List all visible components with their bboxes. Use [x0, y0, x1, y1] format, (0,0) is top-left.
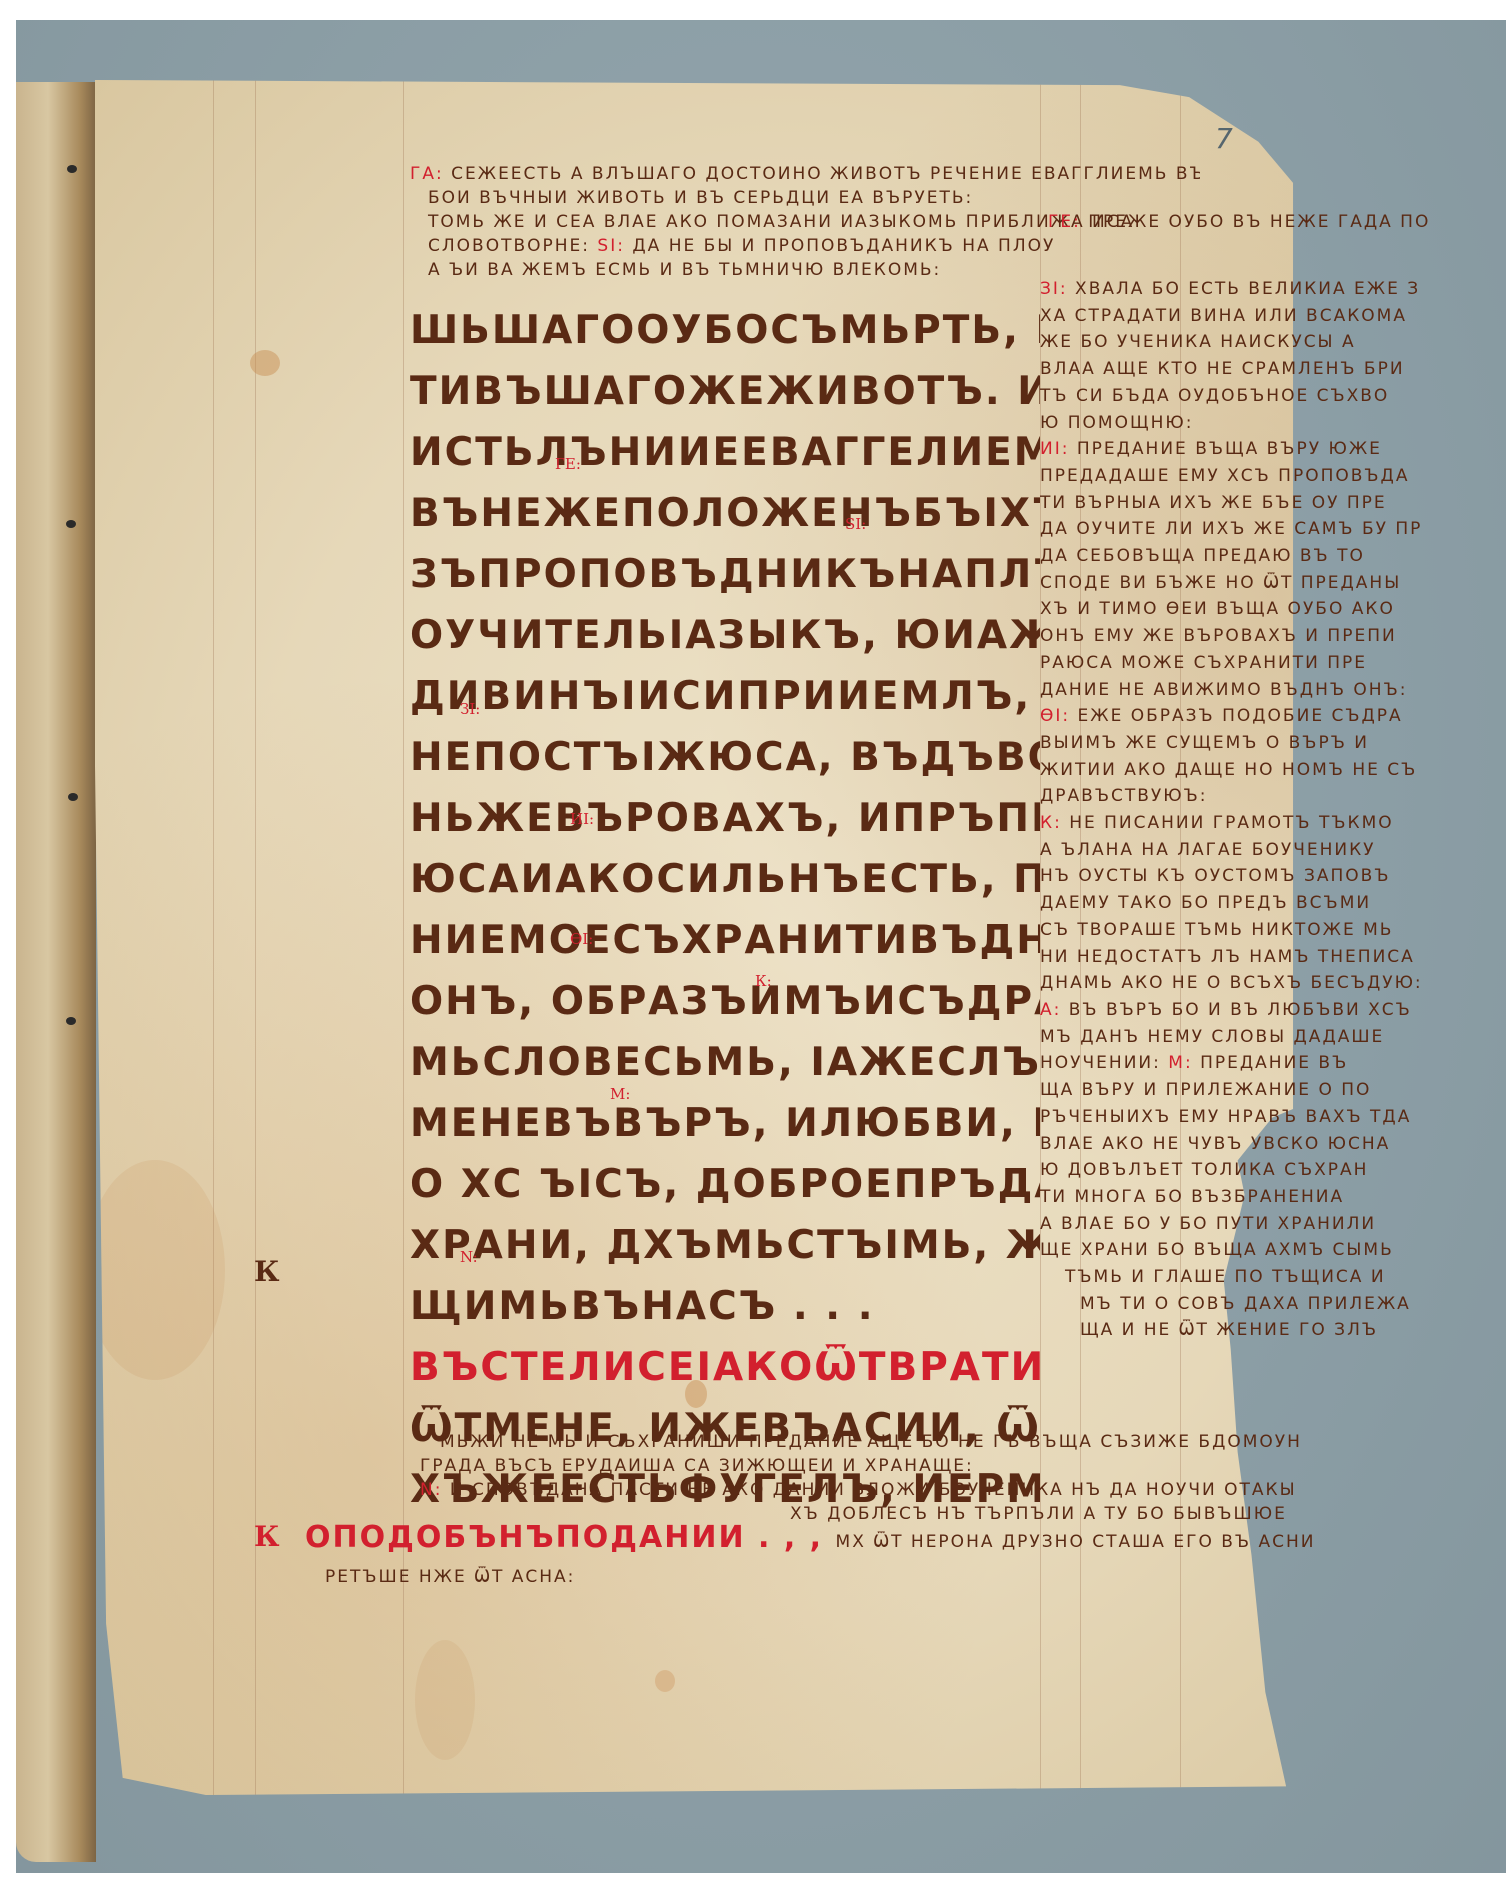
footer-line: ГРАДА ВЪСЪ ЕРУДАИША СА ЗИЖЮЩЕИ И ХРАНАЩЕ… [420, 1454, 1380, 1478]
rubric-mark: ГА: [410, 164, 444, 184]
commentary-line: ЖЕ БО УЧЕНИКА НАИСКУСЫ А [1040, 329, 1420, 356]
rubric-number: N: [460, 1248, 478, 1266]
header-line: ПРЕЖЕ ОУБО ВЪ НЕЖЕ ГАДА ПО [1088, 212, 1430, 232]
last-line: РЕТЪШЕ НЖЕ ѾТ АСНА: [325, 1565, 575, 1589]
commentary-line: ЩА И НЕ ѾТ ЖЕНИЕ ГО ЗЛЪ [1040, 1317, 1420, 1344]
rubric-mark: N: [420, 1480, 442, 1500]
commentary-line: СЪ ТВОРАШЕ ТЪМЬ НИКТОЖЕ МЬ [1040, 917, 1420, 944]
footer-line: МЬЖИ НЕ МЬ И СЪХРАНИШИ ПРЕДАНИЕ АЩЕ БО Н… [420, 1430, 1380, 1454]
commentary-line: ДРАВЪСТВУЮЪ: [1040, 783, 1420, 810]
commentary-line: РЪЧЕНЫИХЪ ЕМУ НРАВЪ ВАХЪ ТДА [1040, 1104, 1420, 1131]
rubric-mark: К: [1040, 813, 1062, 833]
header-right-fragment: ГЕ: ПРЕЖЕ ОУБО ВЪ НЕЖЕ ГАДА ПО [1048, 210, 1408, 234]
commentary-line: ВЫИМЪ ЖЕ СУЩЕМЪ О ВЪРЪ И [1040, 730, 1420, 757]
commentary-line: ХА СТРАДАТИ ВИНА ИЛИ ВСАКОМА [1040, 303, 1420, 330]
commentary-line: ЕЖЕ ОБРАЗЪ ПОДОБИЕ СЪДРА [1078, 706, 1403, 726]
header-line: ДА НЕ БЫ И ПРОПОВЪДАНИКЪ НА ПЛОУ [632, 236, 1055, 256]
header-line: СЛОВОТВОРНЕ: [428, 236, 590, 256]
header-line: ТОМЬ ЖЕ И СЕА ВЛАЕ АКО ПОМАЗАНИ ИАЗЫКОМЬ… [428, 212, 1134, 232]
margin-mark: К [254, 1520, 279, 1553]
main-line: МЬСЛОВЕСЬМЬ, ІАЖЕСЛЪІША ѾТ [410, 1032, 1040, 1093]
main-text-column: ШЬШАГООУБОСЪМЬРТЬ, ПРОСВЪ ТИВЪШАГОЖЕЖИВО… [410, 300, 1040, 1520]
rubric-mark: ГЕ: [1048, 212, 1081, 232]
rubric-mark: ЗI: [1040, 279, 1068, 299]
rubric-number: ЗI: [460, 700, 480, 718]
stain [250, 350, 280, 376]
commentary-line: ЖИТИИ АКО ДАЩЕ НО НОМЪ НЕ СЪ [1040, 757, 1420, 784]
commentary-line: ВЪ ВЪРЪ БО И ВЪ ЛЮБЪВИ ХСЪ [1069, 1000, 1412, 1020]
commentary-line: ХВАЛА БО ЕСТЬ ВЕЛИКИА ЕЖЕ ЗА [1075, 279, 1420, 299]
main-line: НЕПОСТЪІЖЮСА, ВЪДЪВОКЪ [410, 727, 1040, 788]
main-line: ОНЪ, ОБРАЗЪИМЪИСЪДРАВЪІ [410, 971, 1040, 1032]
main-line: НЬЖЕВЪРОВАХЪ, ИПРЪПИРА [410, 788, 1040, 849]
commentary-line: МЪ ДАНЪ НЕМУ СЛОВЫ ДАДАШЕ [1040, 1024, 1420, 1051]
footer-line: И СПОВЪДАНА ПАСТИ НЕ АКО ДАНИИ ЗЛОЖИ БОУ… [450, 1480, 1297, 1500]
commentary-line: ДАЕМУ ТАКО БО ПРЕДЪ ВСЪМИ [1040, 890, 1420, 917]
main-line: ВЪНЕЖЕПОЛОЖЕНЪБЪІХЪ, А [410, 483, 1040, 544]
commentary-line: А ВЛАЕ БО У БО ПУТИ ХРАНИЛИ [1040, 1211, 1420, 1238]
red-heading-row: ОПОДОБЪНЪПОДАНИИ . , , МХ ѾТ НЕРОНА ДРУЗ… [305, 1520, 1315, 1555]
main-line: ЩИМЬВЪНАСЪ . . . [410, 1276, 1040, 1337]
commentary-line: ТИ ВЪРНЫА ИХЪ ЖЕ БЪЕ ОУ ПРЕ [1040, 490, 1420, 517]
stain [85, 1160, 225, 1380]
commentary-line: НИ НЕДОСТАТЪ ЛЪ НАМЪ ТНЕПИСА [1040, 944, 1420, 971]
header-line: БОИ ВЪЧНЫИ ЖИВОТЬ И ВЪ СЕРЬДЦИ ЕА ВЪРУЕТ… [428, 188, 973, 208]
rubric-number: ИI: [570, 810, 594, 828]
heading-continuation: МХ ѾТ НЕРОНА ДРУЗНО СТАША ЕГО ВЪ АСНИ [836, 1532, 1316, 1552]
rubric-number: ЅI: [845, 515, 866, 533]
commentary-line: А ЪЛАНА НА ЛАГАЕ БОУЧЕНИКУ [1040, 837, 1420, 864]
main-line: ОУЧИТЕЛЬІАЗЫКЪ, ЮИАЖЕРА [410, 605, 1040, 666]
stain [655, 1670, 675, 1692]
commentary-line: ДАНИЕ НЕ АВИЖИМО ВЪДНЪ ОНЪ: [1040, 677, 1420, 704]
rubric-mark: А: [1040, 1000, 1061, 1020]
commentary-column: ЗI: ХВАЛА БО ЕСТЬ ВЕЛИКИА ЕЖЕ ЗА ХА СТРА… [1040, 276, 1420, 1344]
main-line: ЮСАИАКОСИЛЬНЪЕСТЬ, ПРЪДА [410, 849, 1040, 910]
main-line: О ХС ЪІСЪ, ДОБРОЕПРЪДАНІЕСЪ [410, 1154, 1040, 1215]
commentary-line: ДА СЕБОВЪЩА ПРЕДАЮ ВЪ ТО [1040, 543, 1420, 570]
main-line: МЕНЕВЪВЪРЪ, ИЛЮБВИ, ІАЖЕ [410, 1093, 1040, 1154]
binding-hole [66, 520, 76, 528]
commentary-line: НЪ ОУСТЫ КЪ ОУСТОМЪ ЗАПОВЪ [1040, 863, 1420, 890]
main-line: ДИВИНЪІИСИПРИИЕМЛЪ, НЪ [410, 666, 1040, 727]
main-line: ИСТЬЛЪНИИЕЕВАГГЕЛИЕМЬ, [410, 422, 1040, 483]
main-line: НИЕМОЕСЪХРАНИТИВЪДНЬ [410, 910, 1040, 971]
commentary-line: ЩЕ ХРАНИ БО ВЪЩА АХМЪ СЫМЬ [1040, 1237, 1420, 1264]
rubric-number: К: [755, 972, 772, 990]
main-line-rubric: ВЪСТЕЛИСЕІАКОѾТВРАТИШАСА [410, 1337, 1040, 1398]
commentary-line: НОУЧЕНИИ: [1040, 1053, 1161, 1073]
red-heading: ОПОДОБЪНЪПОДАНИИ . , , [305, 1520, 823, 1555]
commentary-line: Ю ДОВЪЛЪЕТ ТОЛИКА СЪХРАН [1040, 1157, 1420, 1184]
main-line: ЗЪПРОПОВЪДНИКЪНАПЛЪ; И [410, 544, 1040, 605]
commentary-line: ВЛАЕ АКО НЕ ЧУВЪ УВСКО ЮСНА [1040, 1131, 1420, 1158]
ruling-line [213, 80, 214, 1795]
header-line: СЕЖЕЕСТЬ А ВЛЪШАГО ДОСТОИНО ЖИВОТЪ РЕЧЕН… [451, 164, 1200, 184]
commentary-line: МЪ ТИ О СОВЪ ДАХА ПРИЛЕЖА [1040, 1291, 1420, 1318]
commentary-line: ТЪ СИ БЪДА ОУДОБЪНОЕ СЪХВО [1040, 383, 1420, 410]
commentary-line: ОНЪ ЕМУ ЖЕ ВЪРОВАХЪ И ПРЕПИ [1040, 623, 1420, 650]
margin-mark: К [254, 1255, 279, 1288]
header-line: А ЪИ ВА ЖЕМЪ ЕСМЬ И ВЪ ТЬМНИЧЮ ВЛЕКОМЬ: [428, 260, 941, 280]
commentary-line: ПРЕДАДАШЕ ЕМУ ХСЪ ПРОПОВЪДА [1040, 463, 1420, 490]
rubric-mark: ѲI: [1040, 706, 1070, 726]
commentary-line: ТИ МНОГА БО ВЪЗБРАНЕНИА [1040, 1184, 1420, 1211]
rubric-mark: ЅI: [597, 236, 625, 256]
commentary-line: ПРЕДАНИЕ ВЪЩА ВЪРУ ЮЖЕ [1077, 439, 1382, 459]
binding-hole [68, 793, 78, 801]
binding-hole [66, 1017, 76, 1025]
rubric-number: ѲI: [570, 930, 593, 948]
facing-page-edge [16, 82, 96, 1862]
commentary-line: ВЛАА АЩЕ КТО НЕ СРАМЛЕНЪ БРИ [1040, 356, 1420, 383]
commentary-line: ЩА ВЪРУ И ПРИЛЕЖАНИЕ О ПО [1040, 1077, 1420, 1104]
commentary-line: РАЮСА МОЖЕ СЪХРАНИТИ ПРЕ [1040, 650, 1420, 677]
stain [415, 1640, 475, 1760]
commentary-line: ДНАМЬ АКО НЕ О ВСЪХЪ БЕСЪДУЮ: [1040, 970, 1420, 997]
binding-hole [67, 165, 77, 173]
commentary-line: Ю ПОМОЩНЮ: [1040, 410, 1420, 437]
rubric-number: ГЕ: [555, 455, 581, 473]
commentary-line: СПОДЕ ВИ БЪЖЕ НО ѾТ ПРЕДАНЫ [1040, 570, 1420, 597]
folio-number: 7 [1215, 122, 1233, 155]
commentary-line: ТЪМЬ И ГЛАШЕ ПО ТЪЩИСА И [1040, 1264, 1420, 1291]
main-line: ХРАНИ, ДХЪМЬСТЪІМЬ, ЖИВОУ [410, 1215, 1040, 1276]
commentary-line: ПРЕДАНИЕ ВЪ [1200, 1053, 1348, 1073]
main-line: ТИВЪШАГОЖЕЖИВОТЪ. ИНЕ [410, 361, 1040, 422]
rubric-mark: ИI: [1040, 439, 1069, 459]
rubric-mark: М: [1168, 1053, 1192, 1073]
commentary-line: ДА ОУЧИТЕ ЛИ ИХЪ ЖЕ САМЪ БУ ПРЕ [1040, 516, 1420, 543]
commentary-line: ХЪ И ТИМО ѲЕИ ВЪЩА ОУБО АКО [1040, 596, 1420, 623]
footer-block: МЬЖИ НЕ МЬ И СЪХРАНИШИ ПРЕДАНИЕ АЩЕ БО Н… [420, 1430, 1380, 1526]
commentary-line: НЕ ПИСАНИИ ГРАМОТЪ ТЪКМО [1069, 813, 1393, 833]
main-line: ШЬШАГООУБОСЪМЬРТЬ, ПРОСВЪ [410, 300, 1040, 361]
rubric-number: М: [610, 1085, 630, 1103]
